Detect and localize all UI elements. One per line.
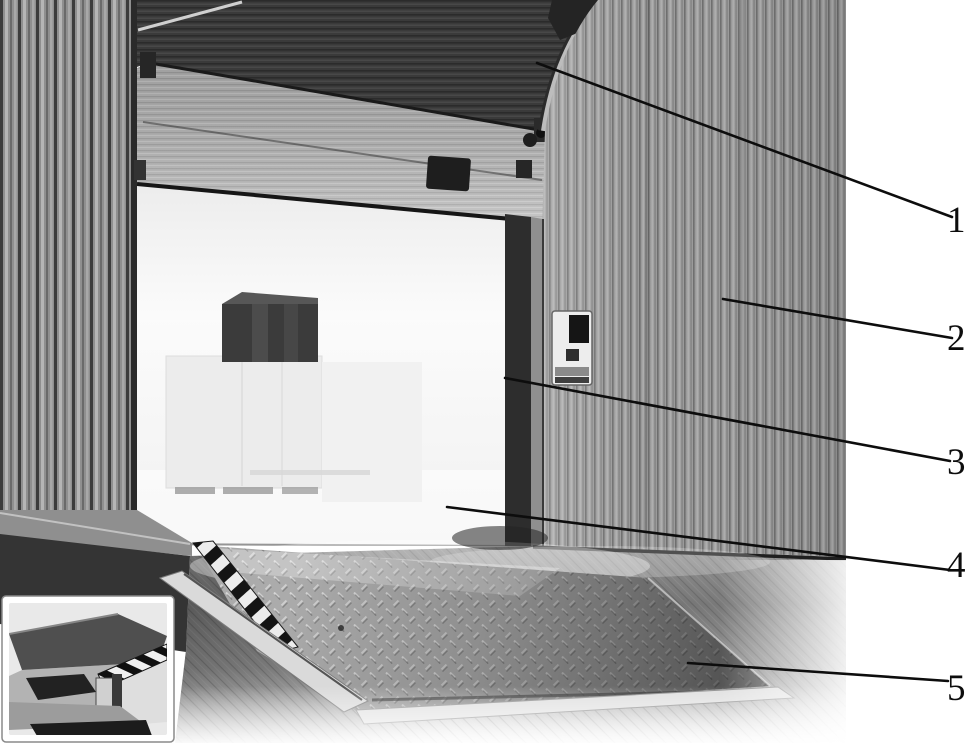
right-wall <box>533 0 846 557</box>
left-wall <box>0 0 137 518</box>
callout-label-2: 2 <box>947 320 968 357</box>
cargo-box <box>222 292 318 362</box>
door-control-box <box>552 311 592 385</box>
cargo-pallet-stack <box>322 362 422 502</box>
callout-label-5: 5 <box>947 670 968 707</box>
door-hinge <box>134 160 146 180</box>
cargo-pallet-stack <box>166 356 322 488</box>
callout-label-1: 1 <box>947 202 968 239</box>
callout-label-3: 3 <box>947 444 968 481</box>
track-base-shadow <box>452 526 548 550</box>
door-hinge <box>140 52 156 78</box>
corner-fade <box>700 560 846 743</box>
inset-bumper-block <box>96 678 114 708</box>
figure-loading-dock: 1 2 3 4 5 <box>0 0 968 743</box>
warehouse-doorway <box>137 184 517 546</box>
door-vent-window <box>426 156 471 192</box>
dock-edge-inset <box>2 596 174 742</box>
callout-label-4: 4 <box>947 547 968 584</box>
photo-illustration <box>0 0 968 743</box>
